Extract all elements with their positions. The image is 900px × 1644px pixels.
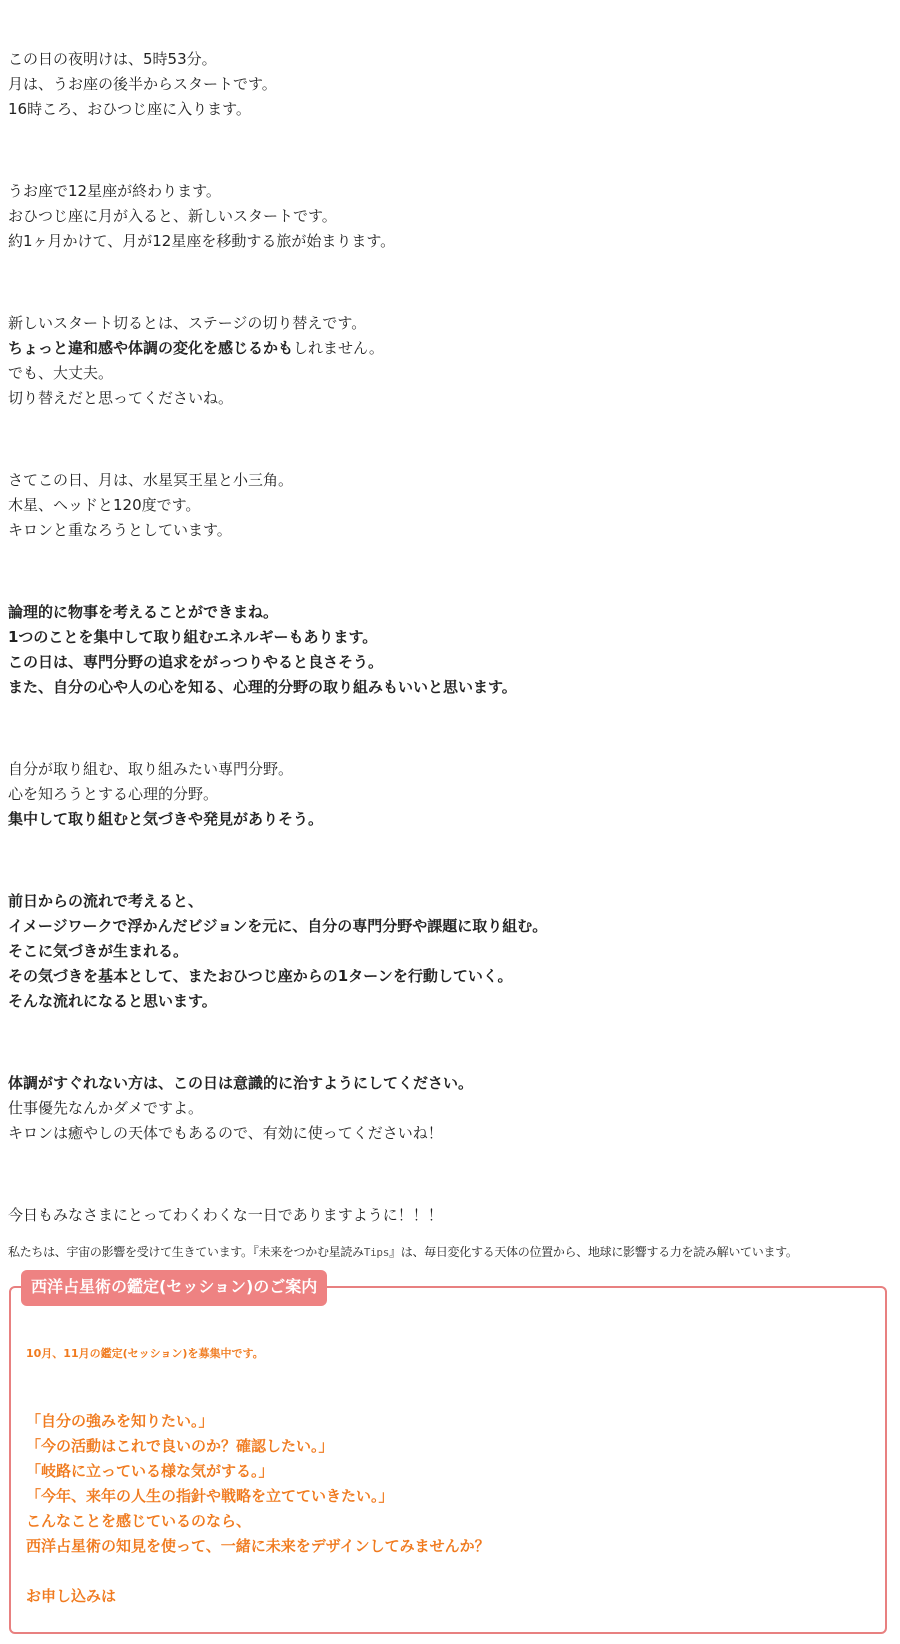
- text-line: イメージワークで浮かんだビジョンを元に、自分の専門分野や課題に取り組む。: [8, 914, 892, 939]
- text-line: また、自分の心や人の心を知る、心理的分野の取り組みもいいと思います。: [8, 675, 892, 700]
- session-info-box: 西洋占星術の鑑定(セッション)のご案内 10月、11月の鑑定(セッション)を募集…: [9, 1286, 887, 1634]
- session-line: こんなことを感じているのなら、: [26, 1509, 490, 1534]
- text-line: 論理的に物事を考えることができまね。: [8, 600, 892, 625]
- session-recruiting-note: 10月、11月の鑑定(セッション)を募集中です。: [26, 1345, 264, 1361]
- text-line: そんな流れになると思います。: [8, 989, 892, 1014]
- text-line: 新しいスタート切るとは、ステージの切り替えです。: [8, 311, 892, 336]
- plain-text: しれません。: [293, 339, 384, 357]
- paragraph-fields: 自分が取り組む、取り組みたい専門分野。 心を知ろうとする心理的分野。 集中して取…: [8, 757, 892, 832]
- session-line: 「今の活動はこれで良いのか？確認したい。」: [26, 1434, 490, 1459]
- text-line: おひつじ座に月が入ると、新しいスタートです。: [8, 204, 892, 229]
- session-apply-text: お申し込みは: [26, 1584, 490, 1609]
- spacer: [26, 1559, 490, 1584]
- session-line: 「岐路に立っている様な気がする。」: [26, 1459, 490, 1484]
- text-line: 自分が取り組む、取り組みたい専門分野。: [8, 757, 892, 782]
- text-line: この日の夜明けは、5時53分。: [8, 47, 892, 72]
- text-line: 1つのことを集中して取り組むエネルギーもあります。: [8, 625, 892, 650]
- session-line: 「今年、来年の人生の指針や戦略を立てていきたい。」: [26, 1484, 490, 1509]
- session-box-title: 西洋占星術の鑑定(セッション)のご案内: [21, 1270, 327, 1306]
- intro-text-after: 』は、毎日変化する天体の位置から、地球に影響する力を読み解いています。: [389, 1245, 798, 1259]
- text-line: 心を知ろうとする心理的分野。: [8, 782, 892, 807]
- paragraph-closing: 今日もみなさまにとってわくわくな一日でありますように！！！: [8, 1203, 892, 1228]
- text-line: 集中して取り組むと気づきや発見がありそう。: [8, 807, 892, 832]
- text-line: うお座で12星座が終わります。: [8, 179, 892, 204]
- session-body: 「自分の強みを知りたい。」 「今の活動はこれで良いのか？確認したい。」 「岐路に…: [26, 1409, 490, 1609]
- text-line: 16時ころ、おひつじ座に入ります。: [8, 97, 892, 122]
- paragraph-new-start: 新しいスタート切るとは、ステージの切り替えです。 ちょっと違和感や体調の変化を感…: [8, 311, 892, 411]
- text-line: 木星、ヘッドと120度です。: [8, 493, 892, 518]
- text-line: 月は、うお座の後半からスタートです。: [8, 72, 892, 97]
- intro-text-before: 私たちは、宇宙の影響を受けて生きています。『未来をつかむ星読み: [8, 1245, 364, 1259]
- paragraph-health: 体調がすぐれない方は、この日は意識的に治すようにしてください。 仕事優先なんかダ…: [8, 1071, 892, 1146]
- text-line-mixed: ちょっと違和感や体調の変化を感じるかもしれません。: [8, 336, 892, 361]
- text-line: でも、大丈夫。: [8, 361, 892, 386]
- paragraph-flow: 前日からの流れで考えると、 イメージワークで浮かんだビジョンを元に、自分の専門分…: [8, 889, 892, 1014]
- text-line: 約1ヶ月かけて、月が12星座を移動する旅が始まります。: [8, 229, 892, 254]
- text-line: そこに気づきが生まれる。: [8, 939, 892, 964]
- paragraph-aspects: さてこの日、月は、水星冥王星と小三角。 木星、ヘッドと120度です。 キロンと重…: [8, 468, 892, 543]
- session-line: 西洋占星術の知見を使って、一緒に未来をデザインしてみませんか？: [26, 1534, 490, 1559]
- session-line: 「自分の強みを知りたい。」: [26, 1409, 490, 1434]
- text-line: その気づきを基本として、またおひつじ座からの1ターンを行動していく。: [8, 964, 892, 989]
- paragraph-zodiac: うお座で12星座が終わります。 おひつじ座に月が入ると、新しいスタートです。 約…: [8, 179, 892, 254]
- text-line: 体調がすぐれない方は、この日は意識的に治すようにしてください。: [8, 1071, 892, 1096]
- text-line: さてこの日、月は、水星冥王星と小三角。: [8, 468, 892, 493]
- paragraph-dawn: この日の夜明けは、5時53分。 月は、うお座の後半からスタートです。 16時ころ…: [8, 47, 892, 122]
- text-line: キロンは癒やしの天体でもあるので、有効に使ってくださいね！: [8, 1121, 892, 1146]
- intro-text-tips: Tips: [364, 1246, 389, 1259]
- emphasis-text: ちょっと違和感や体調の変化を感じるかも: [8, 339, 293, 357]
- text-line: この日は、専門分野の追求をがっつりやると良さそう。: [8, 650, 892, 675]
- text-line: 切り替えだと思ってくださいね。: [8, 386, 892, 411]
- text-line: キロンと重なろうとしています。: [8, 518, 892, 543]
- blog-intro-text: 私たちは、宇宙の影響を受けて生きています。『未来をつかむ星読みTips』は、毎日…: [8, 1243, 798, 1262]
- article-body: この日の夜明けは、5時53分。 月は、うお座の後半からスタートです。 16時ころ…: [8, 47, 892, 1228]
- text-line: 今日もみなさまにとってわくわくな一日でありますように！！！: [8, 1203, 892, 1228]
- text-line: 仕事優先なんかダメですよ。: [8, 1096, 892, 1121]
- text-line: 前日からの流れで考えると、: [8, 889, 892, 914]
- paragraph-logic: 論理的に物事を考えることができまね。 1つのことを集中して取り組むエネルギーもあ…: [8, 600, 892, 700]
